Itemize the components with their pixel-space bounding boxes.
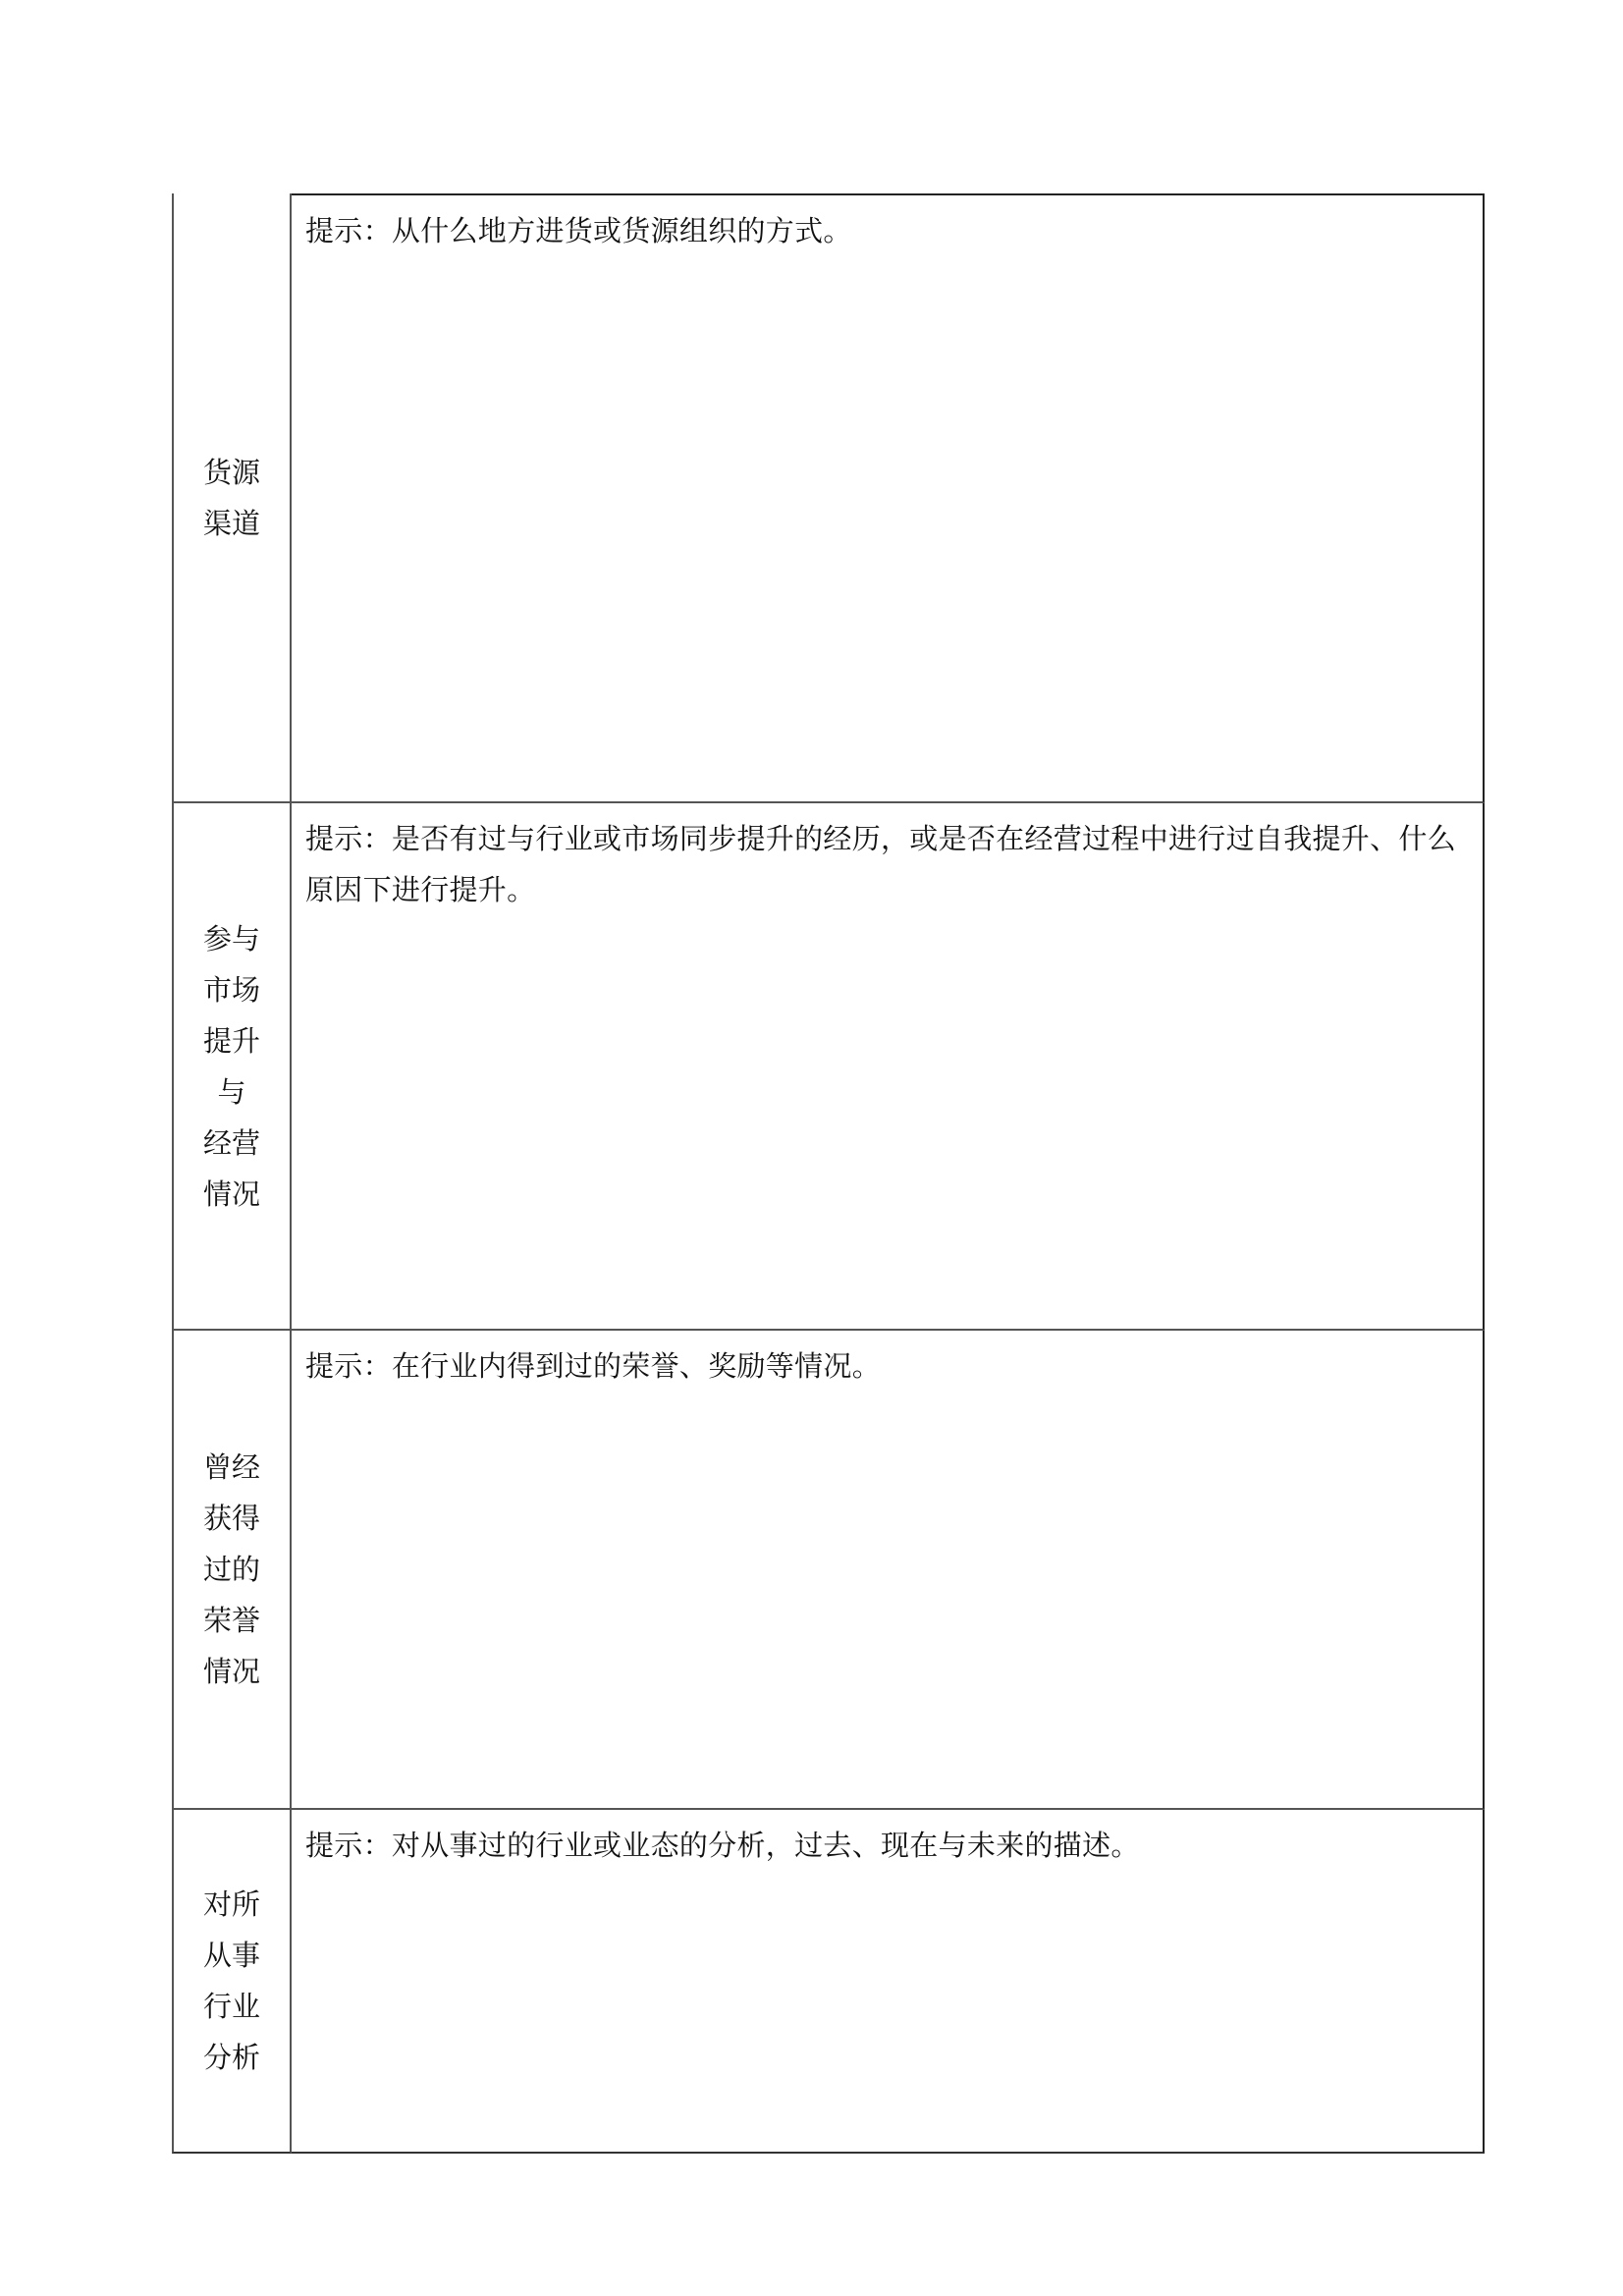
hint-text-industry-analysis: 提示：对从事过的行业或业态的分析，过去、现在与未来的描述。	[305, 1820, 1469, 1871]
row-label-honors: 曾经 获得 过的 荣誉 情况	[200, 1442, 263, 1697]
row-label-cell: 曾经 获得 过的 荣誉 情况	[172, 1331, 292, 1810]
hint-text-honors: 提示：在行业内得到过的荣誉、奖励等情况。	[305, 1340, 1469, 1392]
row-label-cell: 参与 市场 提升 与 经营 情况	[172, 803, 292, 1331]
row-content-cell-industry-analysis[interactable]: 提示：对从事过的行业或业态的分析，过去、现在与未来的描述。	[292, 1810, 1485, 2154]
hint-text-supply-channel: 提示：从什么地方进货或货源组织的方式。	[305, 205, 1469, 256]
table-row-honors: 曾经 获得 过的 荣誉 情况 提示：在行业内得到过的荣誉、奖励等情况。	[172, 1331, 1485, 1810]
document-page: 货源 渠道 提示：从什么地方进货或货源组织的方式。 参与 市场 提升 与 经营 …	[0, 0, 1623, 2296]
application-form-table: 货源 渠道 提示：从什么地方进货或货源组织的方式。 参与 市场 提升 与 经营 …	[172, 193, 1485, 2154]
row-content-cell-honors[interactable]: 提示：在行业内得到过的荣誉、奖励等情况。	[292, 1331, 1485, 1810]
row-label-industry-analysis: 对所 从事 行业 分析	[200, 1879, 263, 2083]
table-row-industry-analysis: 对所 从事 行业 分析 提示：对从事过的行业或业态的分析，过去、现在与未来的描述…	[172, 1810, 1485, 2154]
row-content-cell-market-improvement[interactable]: 提示：是否有过与行业或市场同步提升的经历，或是否在经营过程中进行过自我提升、什么…	[292, 803, 1485, 1331]
hint-text-market-improvement: 提示：是否有过与行业或市场同步提升的经历，或是否在经营过程中进行过自我提升、什么…	[305, 813, 1469, 915]
table-row-market-improvement: 参与 市场 提升 与 经营 情况 提示：是否有过与行业或市场同步提升的经历，或是…	[172, 803, 1485, 1331]
row-label-cell: 货源 渠道	[172, 193, 292, 803]
row-label-supply-channel: 货源 渠道	[200, 447, 263, 549]
row-label-market-improvement: 参与 市场 提升 与 经营 情况	[200, 913, 263, 1220]
table-row-supply-channel: 货源 渠道 提示：从什么地方进货或货源组织的方式。	[172, 193, 1485, 803]
row-content-cell-supply-channel[interactable]: 提示：从什么地方进货或货源组织的方式。	[292, 193, 1485, 803]
row-label-cell: 对所 从事 行业 分析	[172, 1810, 292, 2154]
